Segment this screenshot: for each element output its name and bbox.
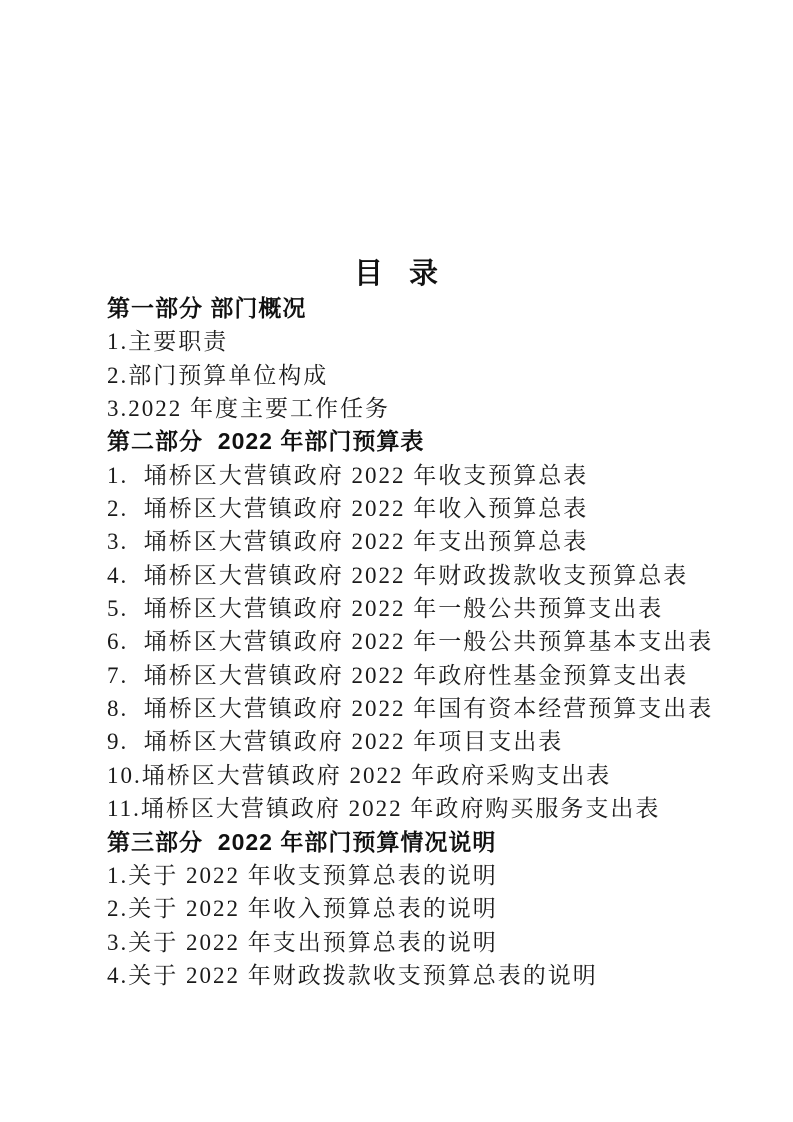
toc-item-2-2: 2. 埇桥区大营镇政府 2022 年收入预算总表 bbox=[107, 492, 753, 525]
toc-section-1-heading: 第一部分 部门概况 bbox=[107, 292, 753, 325]
toc-item-2-5: 5. 埇桥区大营镇政府 2022 年一般公共预算支出表 bbox=[107, 592, 753, 625]
toc-item-2-8: 8. 埇桥区大营镇政府 2022 年国有资本经营预算支出表 bbox=[107, 692, 753, 725]
toc-item-1-2: 2.部门预算单位构成 bbox=[107, 359, 753, 392]
toc-section-3-heading: 第三部分 2022 年部门预算情况说明 bbox=[107, 826, 753, 859]
toc-item-2-1: 1. 埇桥区大营镇政府 2022 年收支预算总表 bbox=[107, 459, 753, 492]
toc-item-2-9: 9. 埇桥区大营镇政府 2022 年项目支出表 bbox=[107, 725, 753, 758]
document-page: 目 录 第一部分 部门概况 1.主要职责 2.部门预算单位构成 3.2022 年… bbox=[0, 0, 793, 1122]
toc-item-2-3: 3. 埇桥区大营镇政府 2022 年支出预算总表 bbox=[107, 525, 753, 558]
toc-item-2-4: 4. 埇桥区大营镇政府 2022 年财政拨款收支预算总表 bbox=[107, 559, 753, 592]
toc-item-2-11: 11.埇桥区大营镇政府 2022 年政府购买服务支出表 bbox=[107, 792, 753, 825]
toc-item-2-7: 7. 埇桥区大营镇政府 2022 年政府性基金预算支出表 bbox=[107, 659, 753, 692]
toc-item-2-6: 6. 埇桥区大营镇政府 2022 年一般公共预算基本支出表 bbox=[107, 625, 753, 658]
toc-item-3-3: 3.关于 2022 年支出预算总表的说明 bbox=[107, 926, 753, 959]
toc-item-1-3: 3.2022 年度主要工作任务 bbox=[107, 392, 753, 425]
toc-item-1-1: 1.主要职责 bbox=[107, 325, 753, 358]
toc-item-3-1: 1.关于 2022 年收支预算总表的说明 bbox=[107, 859, 753, 892]
toc-item-2-10: 10.埇桥区大营镇政府 2022 年政府采购支出表 bbox=[107, 759, 753, 792]
toc-item-3-2: 2.关于 2022 年收入预算总表的说明 bbox=[107, 892, 753, 925]
table-of-contents: 第一部分 部门概况 1.主要职责 2.部门预算单位构成 3.2022 年度主要工… bbox=[107, 292, 753, 992]
toc-item-3-4: 4.关于 2022 年财政拨款收支预算总表的说明 bbox=[107, 959, 753, 992]
page-title: 目 录 bbox=[0, 256, 793, 292]
toc-section-2-heading: 第二部分 2022 年部门预算表 bbox=[107, 425, 753, 458]
